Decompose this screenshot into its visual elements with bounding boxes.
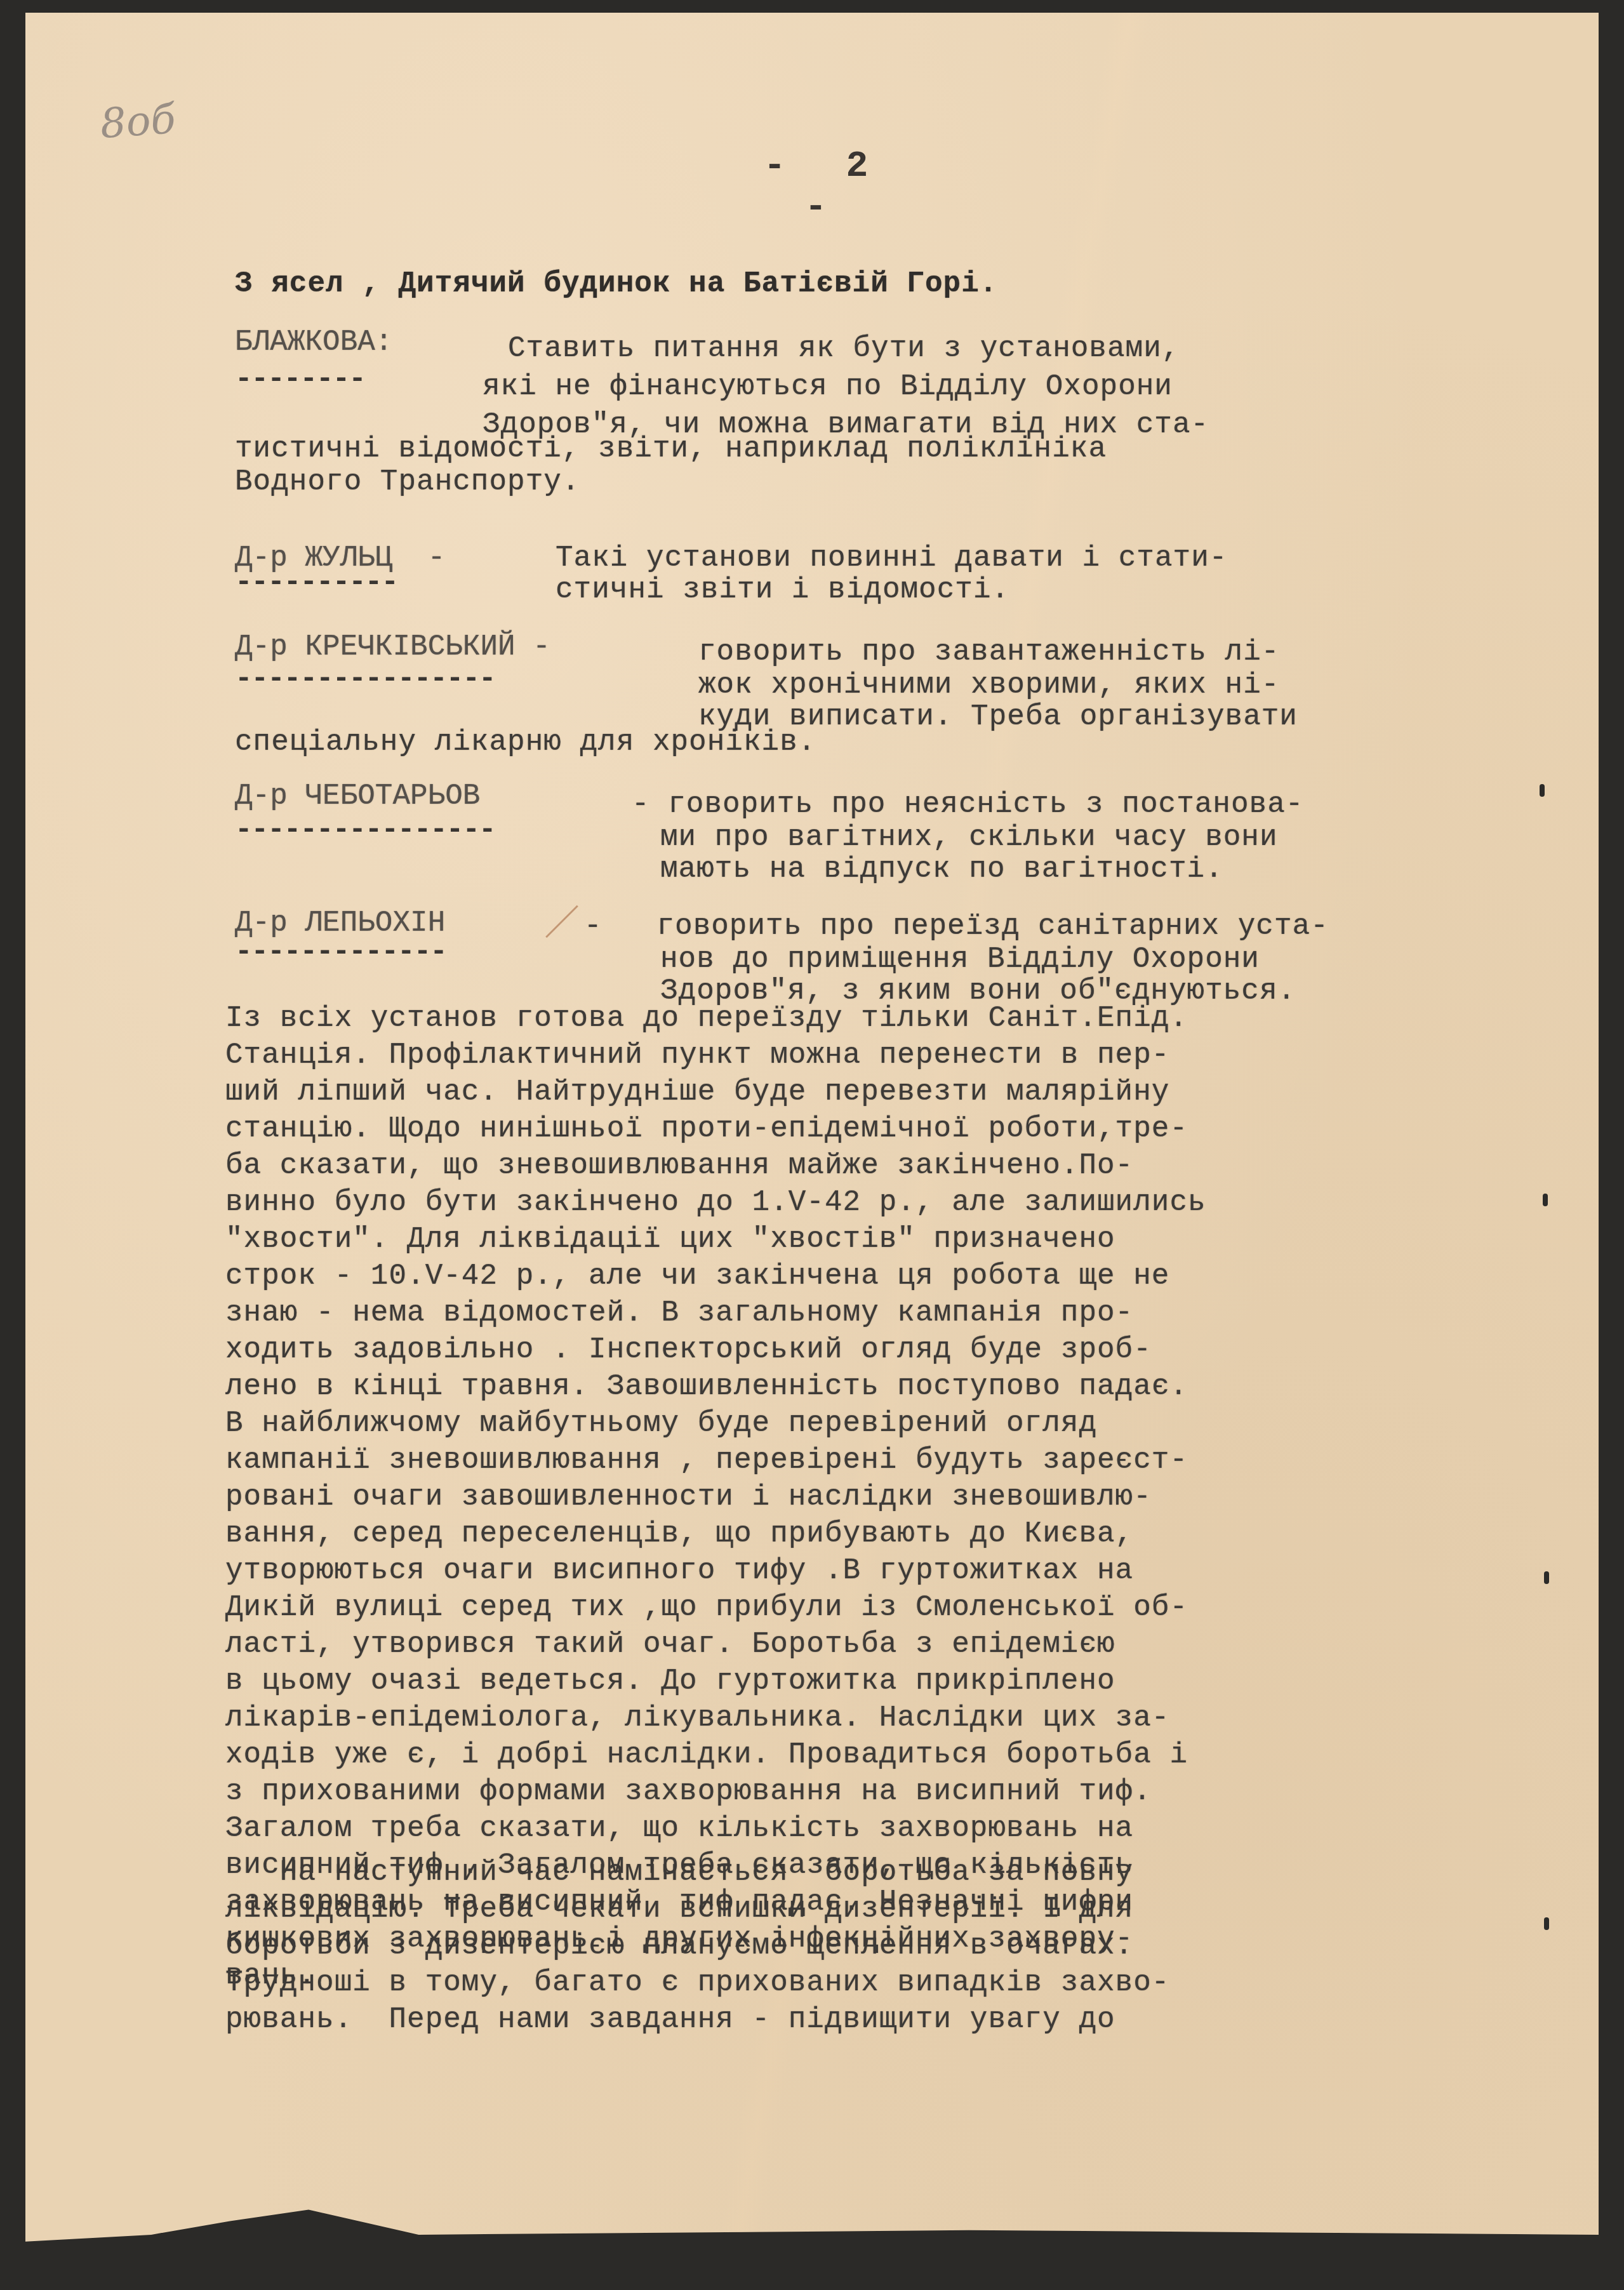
body-line: знаю - нема відомостей. В загальному кам… <box>225 1295 1206 1331</box>
speech-line: стичні звіти і відомості. <box>556 571 1009 608</box>
body-line: Загалом треба сказати, що кількість захв… <box>225 1810 1206 1847</box>
body-line: станцію. Щодо нинішньої проти-епідемічно… <box>225 1110 1206 1147</box>
body-line: В найближчому майбутньому буде перевірен… <box>225 1405 1206 1442</box>
punch-hole-mark <box>1540 784 1545 797</box>
body-line: "хвости". Для ліквідації цих "хвостів" п… <box>225 1221 1206 1258</box>
speech-line: тистичні відомості, звіти, наприклад пол… <box>235 430 1107 467</box>
speaker-underline: ---------- <box>235 564 397 601</box>
speech-line: - говорить про неясність з постанова- <box>632 786 1303 823</box>
body-line: строк - 10.V-42 р., але чи закінчена ця … <box>225 1258 1206 1295</box>
body-line: Дикій вулиці серед тих ,що прибули із См… <box>225 1589 1206 1626</box>
speech-line: мають на відпуск по вагітності. <box>660 851 1223 888</box>
speaker-underline: ---------------- <box>235 811 495 848</box>
speech-line: Ставить питання як бути з установами, <box>508 330 1180 367</box>
body-line: ший ліпший час. Найтрудніше буде перевез… <box>225 1074 1206 1110</box>
speaker-chebotarov: Д-р ЧЕБОТАРЬОВ <box>235 778 480 815</box>
pencil-mark <box>545 905 578 938</box>
body-paragraph-2: На наступний час намічається боротьба за… <box>225 1854 1169 2038</box>
body-line: Із всіх установ готова до переїзду тільк… <box>225 1000 1206 1037</box>
body-line: лікарів-епідеміолога, лікувальника. Насл… <box>225 1700 1206 1736</box>
body-paragraph-1: Із всіх установ готова до переїзду тільк… <box>225 1000 1206 1994</box>
body-line: кампанії зневошивлювання , перевірені бу… <box>225 1442 1206 1479</box>
body-line: в цьому очазі ведеться. До гуртожитка пр… <box>225 1663 1206 1700</box>
body-line: рювань. Перед нами завдання - підвищити … <box>225 2001 1169 2038</box>
punch-hole-mark <box>1544 1917 1549 1930</box>
body-line: Трудноші в тому, багато є прихованих вип… <box>225 1964 1169 2001</box>
body-line: На наступний час намічається боротьба за… <box>225 1854 1169 1891</box>
body-line: ба сказати, що зневошивлювання майже зак… <box>225 1147 1206 1184</box>
body-line: ходить задовільно . Інспекторський огляд… <box>225 1331 1206 1368</box>
speech-line: які не фінансуються по Відділу Охорони <box>483 368 1173 405</box>
body-line: вання, серед переселенців, що прибувають… <box>225 1515 1206 1552</box>
body-line: лено в кінці травня. Завошивленність пос… <box>225 1368 1206 1405</box>
speech-line: - говорить про переїзд санітарних уста- <box>584 908 1329 945</box>
body-line: винно було бути закінчено до 1.V-42 р., … <box>225 1184 1206 1221</box>
intro-line: З ясел , Дитячий будинок на Батієвій Гор… <box>235 265 997 302</box>
body-line: ровані очаги завошивленности і наслідки … <box>225 1479 1206 1515</box>
body-line: Станція. Профілактичний пункт можна пере… <box>225 1037 1206 1074</box>
speaker-blazhkova: БЛАЖКОВА: <box>235 324 392 361</box>
speaker-underline: -------- <box>235 361 365 397</box>
body-line: ласті, утворився такий очаг. Боротьба з … <box>225 1626 1206 1663</box>
archive-sheet-number: 8об <box>99 96 177 148</box>
speech-line: спеціальну лікарню для хроніків. <box>235 724 816 761</box>
speech-line: говорить про завантаженність лі- <box>698 634 1279 670</box>
punch-hole-mark <box>1543 1194 1548 1206</box>
body-line: ходів уже є, і добрі наслідки. Провадить… <box>225 1736 1206 1773</box>
speaker-underline: ---------------- <box>235 660 495 697</box>
document-page: 8об - 2 - З ясел , Дитячий будинок на Ба… <box>25 13 1599 2282</box>
body-line: з прихованими формами захворювання на ви… <box>225 1773 1206 1810</box>
page-number: - 2 - <box>730 146 921 229</box>
punch-hole-mark <box>1544 1571 1549 1584</box>
speaker-underline: ------------- <box>235 933 446 970</box>
body-line: утворюються очаги висипного тифу .В гурт… <box>225 1552 1206 1589</box>
body-line: ліквідацію. Треба чекати вспишки дизенте… <box>225 1891 1169 1927</box>
speech-line: Водного Транспорту. <box>235 463 580 500</box>
body-line: боротьби з дизентерією плануємо щеплення… <box>225 1927 1169 1964</box>
